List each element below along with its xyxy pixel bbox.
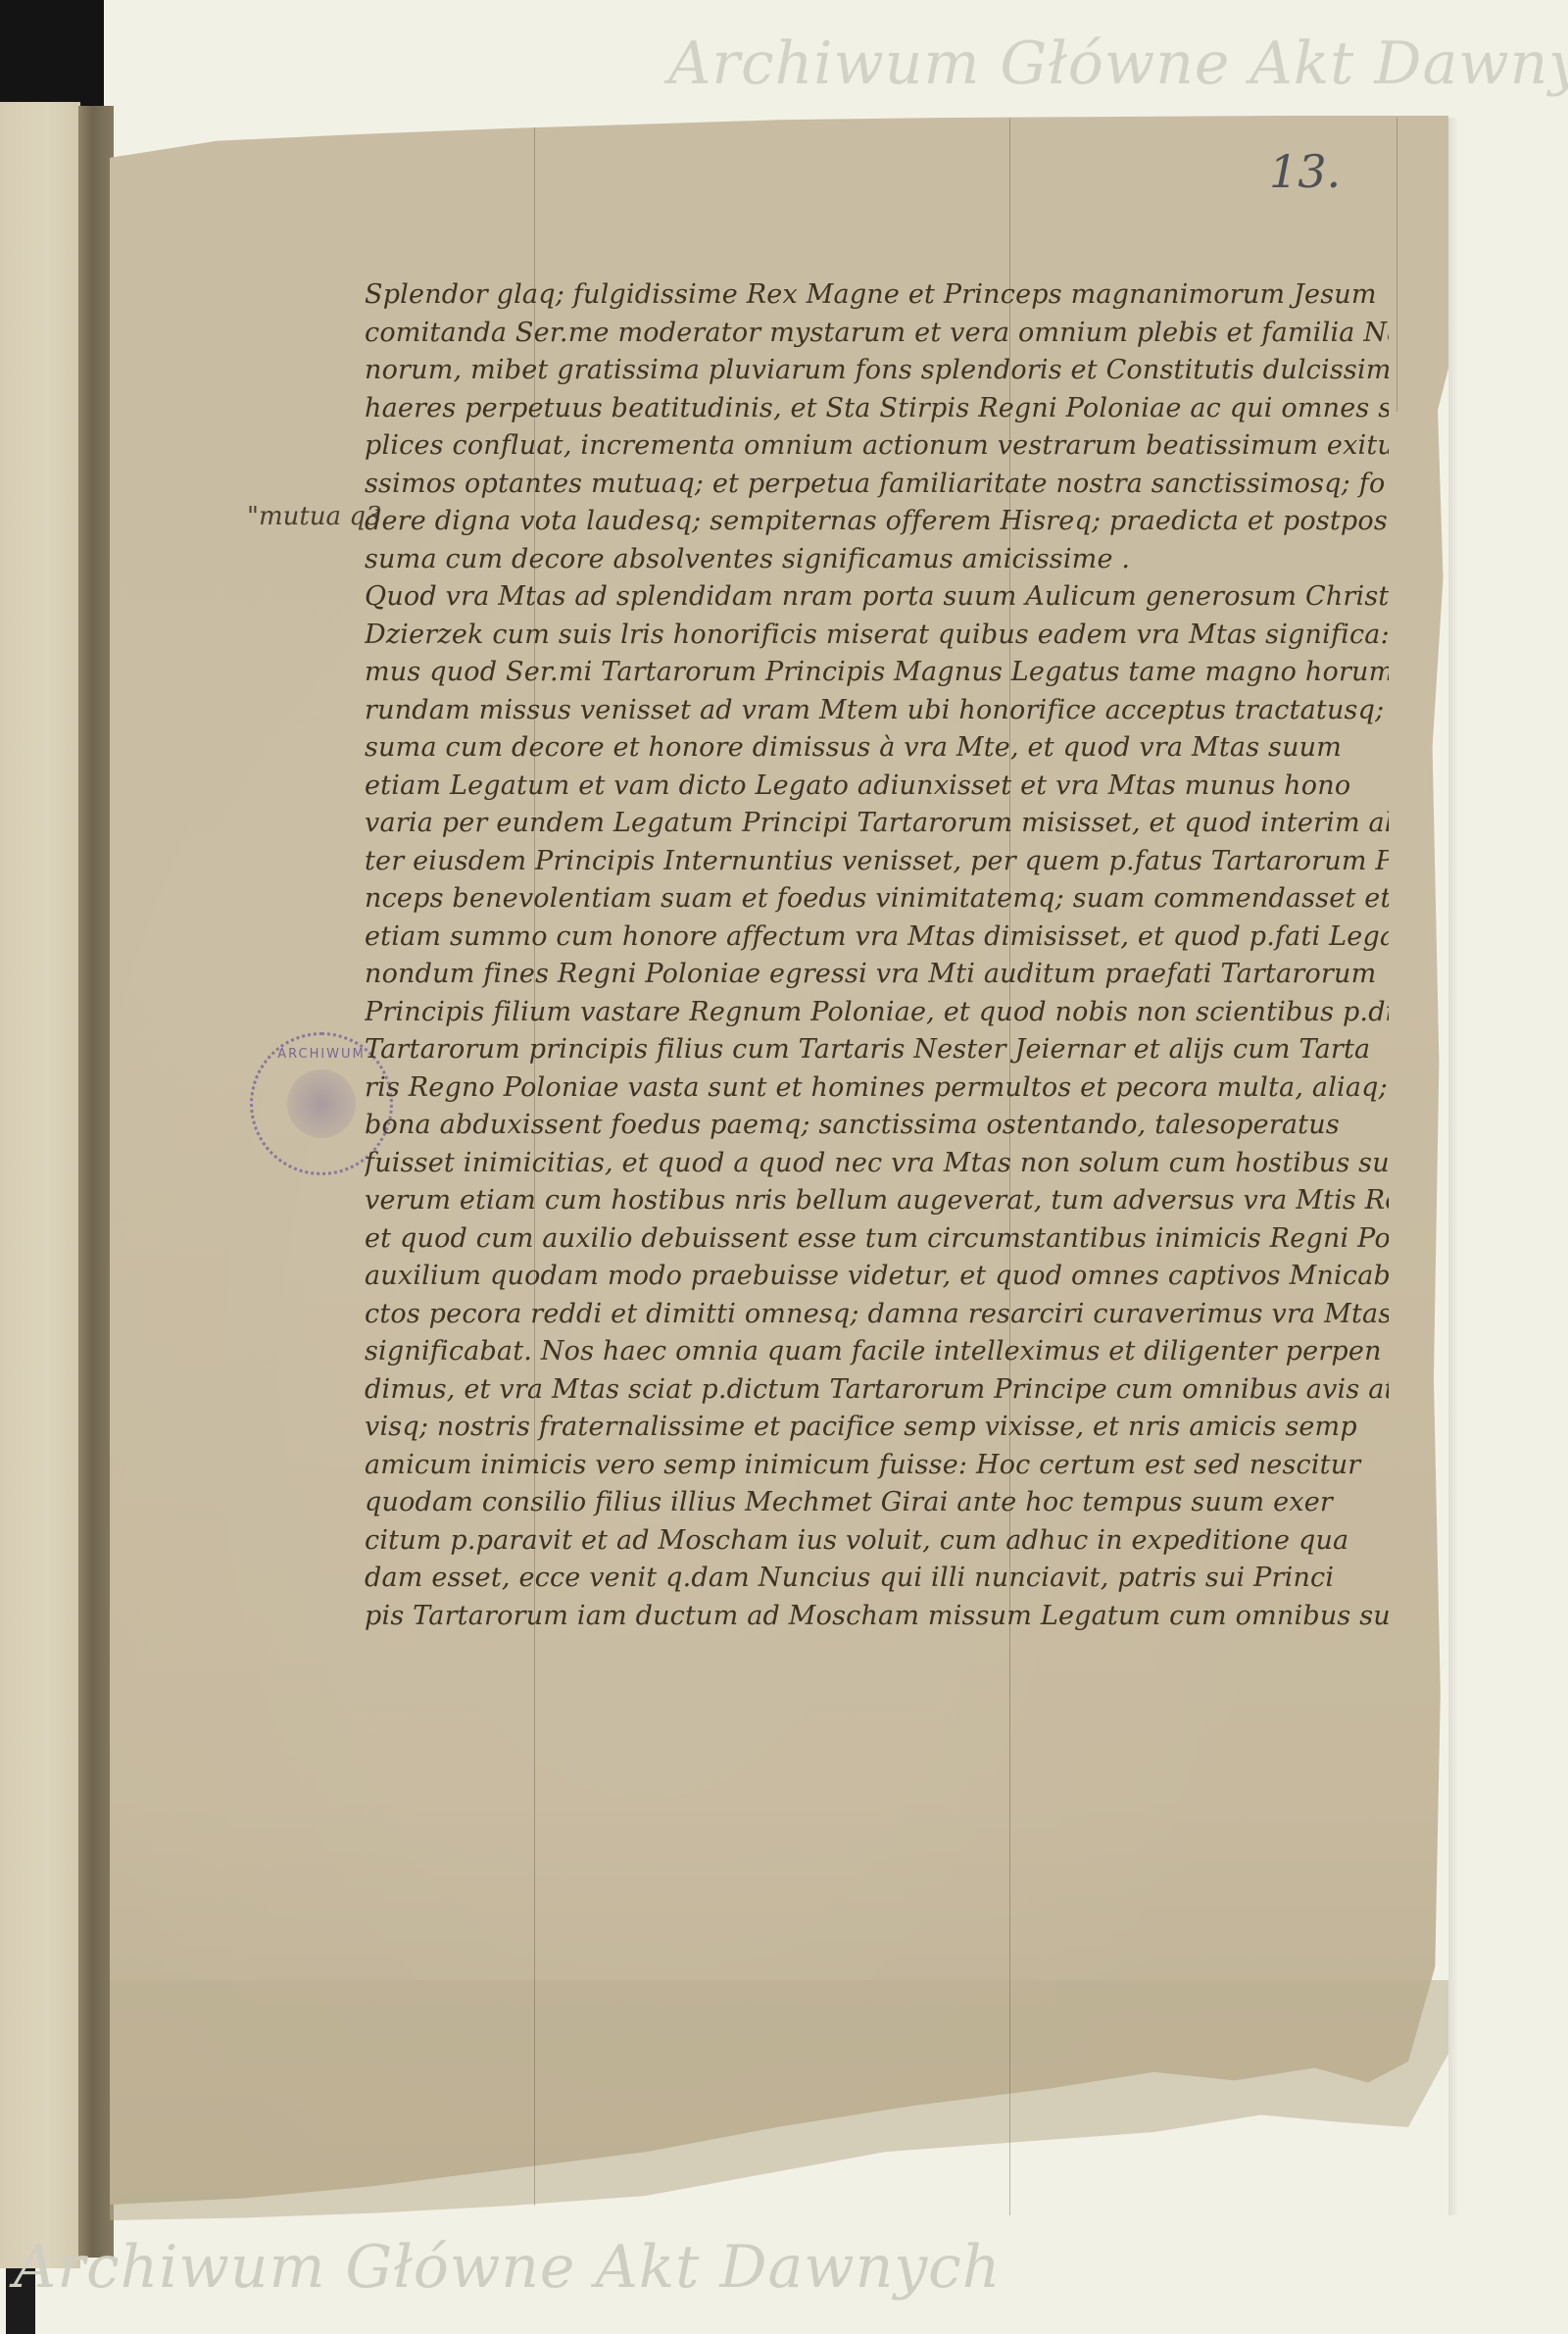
text-line: Quod vra Mtas ad splendidam nram porta s…	[365, 578, 1389, 617]
text-line: nondum fines Regni Poloniae egressi vra …	[365, 956, 1389, 994]
text-line: ris Regno Poloniae vasta sunt et homines…	[365, 1069, 1389, 1108]
binding-gutter	[78, 106, 114, 2258]
text-line: varia per eundem Legatum Principi Tartar…	[365, 805, 1389, 843]
text-line: bona abduxissent foedus paemq; sanctissi…	[365, 1107, 1389, 1145]
text-line: Splendor glaq; fulgidissime Rex Magne et…	[365, 276, 1389, 315]
manuscript-page-lower-stain	[110, 1980, 1448, 2225]
text-line: amicum inimicis vero semp inimicum fuiss…	[365, 1447, 1389, 1485]
black-backdrop-top	[0, 0, 104, 110]
paragraph-2: Quod vra Mtas ad splendidam nram porta s…	[365, 578, 1389, 1635]
text-line: verum etiam cum hostibus nris bellum aug…	[365, 1182, 1389, 1220]
text-line: fuisset inimicitias, et quod a quod nec …	[365, 1145, 1389, 1183]
text-line: dere digna vota laudesq; sempiternas off…	[365, 503, 1389, 541]
text-line: visq; nostris fraternalissime et pacific…	[365, 1409, 1389, 1447]
text-line: citum p.paravit et ad Moscham ius voluit…	[365, 1522, 1389, 1561]
text-line: dam esset, ecce venit q.dam Nuncius qui …	[365, 1560, 1389, 1598]
page-edge-shadow	[1448, 118, 1458, 2215]
text-line: mus quod Ser.mi Tartarorum Principis Mag…	[365, 654, 1389, 692]
text-line: ssimos optantes mutuaq; et perpetua fami…	[365, 466, 1389, 504]
text-line: suma cum decore absolventes significamus…	[365, 541, 1389, 579]
text-line: quodam consilio filius illius Mechmet Gi…	[365, 1484, 1389, 1522]
paragraph-1: Splendor glaq; fulgidissime Rex Magne et…	[365, 276, 1389, 578]
text-line: ctos pecora reddi et dimitti omnesq; dam…	[365, 1296, 1389, 1334]
text-line: Principis filium vastare Regnum Poloniae…	[365, 994, 1389, 1032]
text-line: dimus, et vra Mtas sciat p.dictum Tartar…	[365, 1371, 1389, 1410]
manuscript-text: Splendor glaq; fulgidissime Rex Magne et…	[365, 276, 1389, 1635]
text-line: suma cum decore et honore dimissus à vra…	[365, 729, 1389, 768]
stamp-emblem-icon	[287, 1069, 356, 1138]
text-line: haeres perpetuus beatitudinis, et Sta St…	[365, 390, 1389, 428]
margin-annotation: "mutua q3	[247, 502, 382, 531]
paper-crease	[1396, 118, 1397, 412]
text-line: Dzierzek cum suis lris honorificis miser…	[365, 617, 1389, 655]
text-line: etiam Legatum et vam dicto Legato adiunx…	[365, 768, 1389, 806]
text-line: plices confluat, incrementa omnium actio…	[365, 427, 1389, 466]
text-line: ter eiusdem Principis Internuntius venis…	[365, 843, 1389, 881]
text-line: et quod cum auxilio debuissent esse tum …	[365, 1220, 1389, 1259]
text-line: nceps benevolentiam suam et foedus vinim…	[365, 880, 1389, 919]
archive-watermark-top: Archiwum Główne Akt Dawnych	[668, 29, 1568, 98]
text-line: pis Tartarorum iam ductum ad Moscham mis…	[365, 1598, 1389, 1636]
text-line: rundam missus venisset ad vram Mtem ubi …	[365, 692, 1389, 730]
facing-page-edge	[0, 102, 80, 2268]
archive-watermark-bottom: Archiwum Główne Akt Dawnych	[14, 2233, 1001, 2302]
text-line: significabat. Nos haec omnia quam facile…	[365, 1333, 1389, 1371]
text-line: norum, mibet gratissima pluviarum fons s…	[365, 352, 1389, 390]
text-line: auxilium quodam modo praebuisse videtur,…	[365, 1258, 1389, 1296]
text-line: etiam summo cum honore affectum vra Mtas…	[365, 919, 1389, 957]
text-line: comitanda Ser.me moderator mystarum et v…	[365, 315, 1389, 353]
text-line: Tartarorum principis filius cum Tartaris…	[365, 1031, 1389, 1069]
folio-number: 13.	[1269, 145, 1341, 198]
